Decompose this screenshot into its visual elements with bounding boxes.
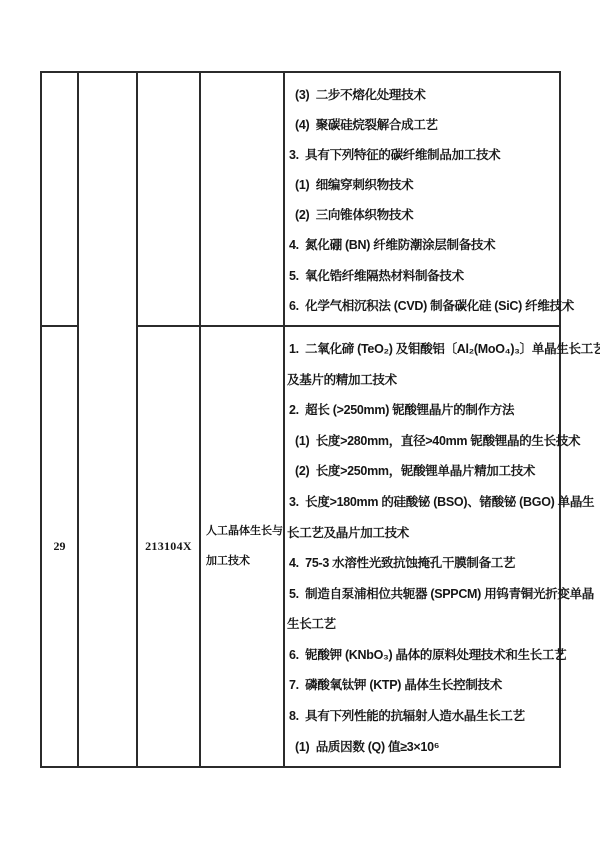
item-line: 5. 制造自泵浦相位共轭器 (SPPCM) 用钨青铜光折变单晶: [286, 579, 558, 610]
item-line: 5. 氧化锆纤维隔热材料制备技术: [286, 261, 558, 291]
item-line: 7. 磷酸氧钛钾 (KTP) 晶体生长控制技术: [286, 670, 558, 701]
document-page: (3) 二步不熔化处理技术(4) 聚碳硅烷裂解合成工艺3. 具有下列特征的碳纤维…: [0, 0, 600, 848]
item-line: (1) 长度>280mm，直径>40mm 铌酸锂晶的生长技术: [286, 426, 558, 457]
item-line: 生长工艺: [286, 609, 558, 640]
row-technology-code: 213104X: [138, 327, 199, 766]
item-line: (1) 品质因数 (Q) 值≥3×10⁶: [286, 732, 558, 763]
item-line: 3. 具有下列特征的碳纤维制品加工技术: [286, 140, 558, 170]
item-line: 加工技术: [206, 556, 283, 567]
cell-empty-name: [201, 73, 283, 325]
item-line: (2) 三向锥体织物技术: [286, 201, 558, 231]
cell-empty-code: [138, 73, 199, 325]
item-line: 及基片的精加工技术: [286, 365, 558, 396]
item-line: (1) 细编穿刺织物技术: [286, 170, 558, 200]
item-line: 6. 铌酸钾 (KNbO₃) 晶体的原料处理技术和生长工艺: [286, 640, 558, 671]
item-line: 人工晶体生长与: [206, 526, 283, 537]
item-line: 8. 具有下列性能的抗辐射人造水晶生长工艺: [286, 701, 558, 732]
item-line: 6. 化学气相沉积法 (CVD) 制备碳化硅 (SiC) 纤维技术: [286, 291, 558, 321]
row-29-items-cell: 1. 二氧化碲 (TeO₂) 及钼酸铝〔Al₂(MoO₄)₃〕单晶生长工艺及基片…: [285, 327, 559, 766]
item-line: 3. 长度>180mm 的硅酸铋 (BSO)、锗酸铋 (BGO) 单晶生: [286, 487, 558, 518]
cell-empty-merged: [79, 73, 136, 766]
item-line: 2. 超长 (>250mm) 铌酸锂晶片的制作方法: [286, 395, 558, 426]
technology-table: (3) 二步不熔化处理技术(4) 聚碳硅烷裂解合成工艺3. 具有下列特征的碳纤维…: [40, 71, 561, 768]
item-line: 4. 氮化硼 (BN) 纤维防潮涂层制备技术: [286, 231, 558, 261]
item-line: 4. 75-3 水溶性光致抗蚀掩孔干膜制备工艺: [286, 548, 558, 579]
row-technology-name-cell: 人工晶体生长与加工技术: [201, 327, 283, 766]
item-line: (4) 聚碳硅烷裂解合成工艺: [286, 110, 558, 140]
cell-empty-serial: [42, 73, 77, 325]
item-line: 1. 二氧化碲 (TeO₂) 及钼酸铝〔Al₂(MoO₄)₃〕单晶生长工艺: [286, 334, 558, 365]
item-line: 长工艺及晶片加工技术: [286, 517, 558, 548]
item-line: (2) 长度>250mm，铌酸锂单晶片精加工技术: [286, 456, 558, 487]
item-line: (3) 二步不熔化处理技术: [286, 80, 558, 110]
continuation-items-cell: (3) 二步不熔化处理技术(4) 聚碳硅烷裂解合成工艺3. 具有下列特征的碳纤维…: [285, 73, 559, 325]
row-serial-number: 29: [42, 327, 77, 766]
